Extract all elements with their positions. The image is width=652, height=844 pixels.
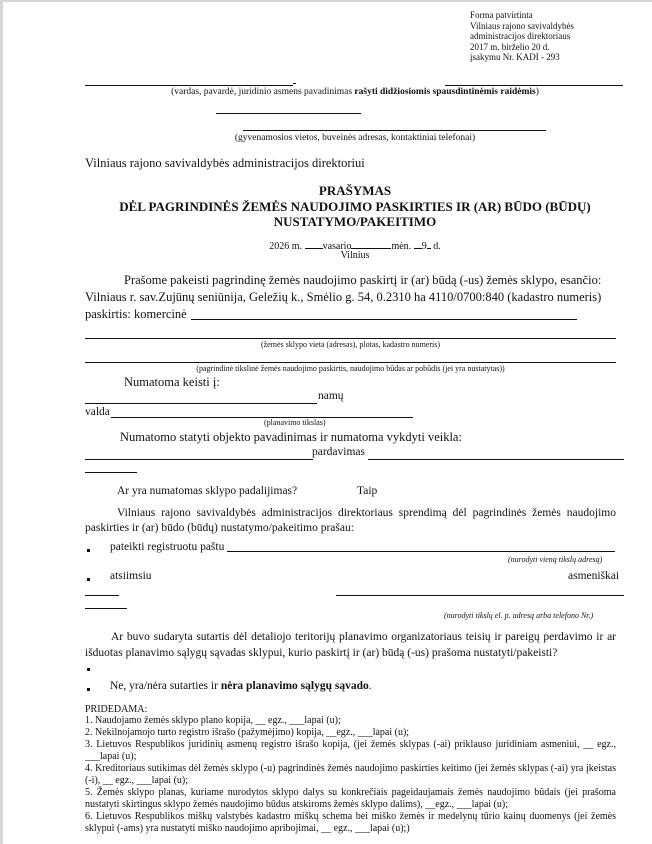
bullet-icon[interactable] [87, 688, 90, 691]
contact-field[interactable] [336, 595, 624, 596]
attachments-list: 1. Naudojamo žemės sklypo plano kopija, … [85, 715, 616, 835]
applicant-extra-field[interactable] [216, 113, 361, 114]
delivery-option-pickup[interactable]: atsiimsiu [110, 570, 152, 582]
approval-line: įsakymu Nr. KADI - 293 [470, 52, 574, 63]
attachments-heading: PRIDEDAMA: [85, 704, 147, 715]
request-intro: Prašome pakeisti pagrindinę žemės naudoj… [124, 273, 601, 288]
date-place: Vilnius [85, 250, 625, 261]
applicant-name-caption: (vardas, pavardė, juridinio asmens pavad… [85, 87, 625, 97]
delivery-option-mail[interactable]: pateikti registruotu paštu [110, 541, 224, 553]
applicant-name-field-dash [293, 83, 296, 84]
pickup-field-1[interactable] [85, 595, 119, 596]
object-label: Numatomo statyti objekto pavadinimas ir … [120, 430, 462, 445]
applicant-name-field-right[interactable] [445, 85, 623, 86]
attachment-item: 6. Lietuvos Respublikos miškų valstybės … [85, 811, 616, 835]
bullet-icon[interactable] [87, 668, 90, 671]
object-field-left[interactable] [85, 459, 313, 460]
addressee: Vilniaus rajono savivaldybės administrac… [85, 156, 365, 171]
bullet-icon [87, 549, 90, 552]
approval-line: administracijos direktoriaus [470, 31, 574, 42]
attachment-item: 3. Lietuvos Respublikos juridinių asmenų… [85, 739, 616, 763]
change-caption: (planavimo tikslas) [264, 418, 326, 427]
plot-location[interactable]: Vilniaus r. sav.Zujūnų seniūnija, Geleži… [85, 290, 601, 305]
target-purpose-caption: (pagrindinė tikslinė žemės naudojimo pas… [85, 364, 616, 373]
attachment-item: 2. Nekilnojamojo turto registro išrašo (… [85, 727, 616, 739]
mail-address-field[interactable] [227, 551, 615, 552]
applicant-address-caption: (gyvenamosios vietos, buveinės adresas, … [85, 133, 625, 143]
page-frame-left [0, 0, 3, 844]
approval-block: Forma patvirtinta Vilniaus rajono saviva… [470, 10, 574, 63]
title-line-2: DĖL PAGRINDINĖS ŽEMĖS NAUDOJIMO PASKIRTI… [85, 199, 625, 215]
attachment-item: 4. Kreditoriaus sutikimas dėl žemės skly… [85, 763, 616, 787]
approval-line: Forma patvirtinta [470, 10, 574, 21]
purpose-label: paskirtis: komercinė [85, 307, 187, 322]
plot-field[interactable] [85, 338, 616, 339]
page-frame-top [0, 0, 652, 2]
applicant-name-field-left[interactable] [85, 85, 293, 86]
contact-caption: (nurodyti tikslų el. p. adresą arba tele… [444, 611, 593, 620]
change-field-1[interactable] [85, 403, 317, 404]
document-title: PRAŠYMAS DĖL PAGRINDINĖS ŽEMĖS NAUDOJIMO… [85, 183, 625, 230]
title-line-1: PRAŠYMAS [85, 183, 625, 199]
contract-answer[interactable]: Ne, yra/nėra sutarties ir nėra planavimo… [110, 680, 372, 692]
change-value-2[interactable]: valda [85, 406, 110, 418]
delivery-option-pickup-right[interactable]: asmeniškai [568, 570, 619, 582]
title-line-3: NUSTATYMO/PAKEITIMO [85, 214, 625, 230]
mail-address-caption: (nurodyti vieną tikslų adresą) [508, 555, 602, 564]
bullet-icon [87, 578, 90, 581]
applicant-address-field[interactable] [243, 130, 546, 131]
object-field-right[interactable] [368, 459, 624, 460]
approval-line: 2017 m. birželio 20 d. [470, 42, 574, 53]
contract-question: Ar buvo sudaryta sutartis dėl detaliojo … [85, 629, 616, 661]
change-value-1[interactable]: namų [318, 390, 344, 402]
plot-caption: (žemės sklypo vieta (adresas), plotas, k… [85, 340, 616, 349]
division-answer[interactable]: Taip [357, 485, 377, 497]
attachment-item: 1. Naudojamo žemės sklypo plano kopija, … [85, 715, 616, 727]
decision-text: Vilniaus rajono savivaldybės administrac… [85, 506, 616, 536]
change-field-2[interactable] [111, 417, 413, 418]
division-question: Ar yra numatomas sklypo padalijimas? [117, 485, 297, 497]
pickup-field-2[interactable] [85, 608, 127, 609]
target-purpose-field[interactable] [85, 362, 616, 363]
object-value[interactable]: pardavimas [312, 446, 365, 458]
attachment-item: 5. Žemės sklypo planas, kuriame nurodyto… [85, 787, 616, 811]
approval-line: Vilniaus rajono savivaldybės [470, 21, 574, 32]
object-field-extra[interactable] [85, 472, 137, 473]
purpose-field[interactable] [191, 319, 577, 320]
change-label: Numatoma keisti į: [124, 375, 220, 390]
